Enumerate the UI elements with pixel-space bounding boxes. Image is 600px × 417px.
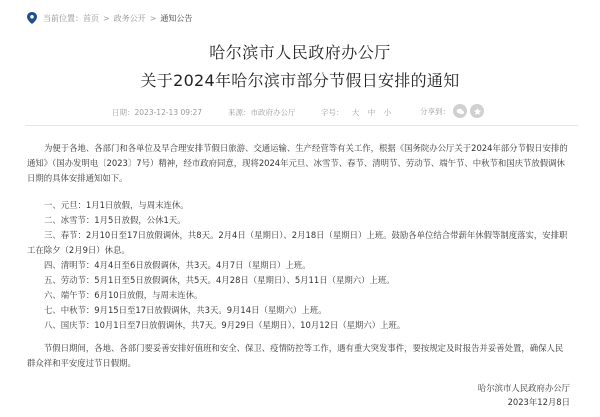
breadcrumb-separator: > bbox=[150, 14, 157, 23]
font-size-label: 字号： bbox=[321, 108, 344, 117]
breadcrumb-label: 当前位置： bbox=[43, 13, 83, 24]
font-size-medium-button[interactable]: 中 bbox=[368, 108, 376, 117]
article-body: 为便于各地、各部门和各单位及早合理安排节假日旅游、交通运输、生产经营等有关工作，… bbox=[27, 141, 569, 371]
intro-paragraph: 为便于各地、各部门和各单位及早合理安排节假日旅游、交通运输、生产经营等有关工作，… bbox=[27, 141, 569, 186]
holiday-item-spring-festival: 三、春节：2月10日至17日放假调休，共8天。2月4日（星期日）、2月18日（星… bbox=[27, 228, 569, 258]
breadcrumb-notices[interactable]: 通知公告 bbox=[160, 13, 192, 24]
signature-org: 哈尔滨市人民政府办公厅 bbox=[478, 381, 570, 395]
breadcrumb-separator: > bbox=[103, 14, 110, 23]
share-label: 分享到： bbox=[420, 106, 450, 117]
holiday-item-labor-day: 五、劳动节：5月1日至5日放假调休，共5天。4月28日（星期日）、5月11日（星… bbox=[27, 273, 569, 288]
signature-date: 2023年12月8日 bbox=[478, 395, 570, 409]
location-pin-icon bbox=[27, 12, 37, 24]
holiday-item-national-day: 八、国庆节：10月1日至7日放假调休，共7天。9月29日（星期日）、10月12日… bbox=[27, 318, 569, 333]
holiday-item-ice-snow-festival: 二、冰雪节：1月5日放假，公休1天。 bbox=[27, 213, 569, 228]
font-size-large-button[interactable]: 大 bbox=[352, 108, 360, 117]
wechat-share-icon[interactable] bbox=[453, 104, 467, 118]
article-meta: 日期：2023-12-13 09:27 来源：市政府办公厅 字号： 大 中 小 … bbox=[0, 106, 600, 120]
breadcrumb: 当前位置： 首页 > 政务公开 > 通知公告 bbox=[27, 10, 192, 26]
favorite-share-icon[interactable] bbox=[470, 104, 484, 118]
holiday-item-qingming: 四、清明节：4月4日至6日放假调休，共3天。4月7日（星期日）上班。 bbox=[27, 258, 569, 273]
publish-date: 日期：2023-12-13 09:27 bbox=[112, 107, 202, 118]
share-controls: 分享到： bbox=[420, 104, 484, 118]
signature-block: 哈尔滨市人民政府办公厅 2023年12月8日 bbox=[478, 381, 570, 409]
article-source: 来源：市政府办公厅 bbox=[228, 107, 296, 118]
font-size-controls: 字号： 大 中 小 bbox=[321, 107, 391, 118]
meta-divider bbox=[25, 125, 578, 126]
breadcrumb-gov-affairs[interactable]: 政务公开 bbox=[114, 13, 146, 24]
title-issuer: 哈尔滨市人民政府办公厅 bbox=[0, 42, 600, 64]
closing-paragraph: 节假日期间，各地、各部门要妥善安排好值班和安全、保卫、疫情防控等工作，遇有重大突… bbox=[27, 341, 569, 371]
article-title: 哈尔滨市人民政府办公厅 关于2024年哈尔滨市部分节假日安排的通知 bbox=[0, 42, 600, 92]
holiday-item-new-year: 一、元旦：1月1日放假，与周末连休。 bbox=[27, 198, 569, 213]
breadcrumb-home[interactable]: 首页 bbox=[83, 13, 99, 24]
holiday-item-mid-autumn: 七、中秋节：9月15日至17日放假调休，共3天。9月14日（星期六）上班。 bbox=[27, 303, 569, 318]
font-size-small-button[interactable]: 小 bbox=[384, 108, 392, 117]
title-subject: 关于2024年哈尔滨市部分节假日安排的通知 bbox=[0, 70, 600, 92]
holiday-item-dragon-boat: 六、端午节：6月10日放假，与周末连休。 bbox=[27, 288, 569, 303]
